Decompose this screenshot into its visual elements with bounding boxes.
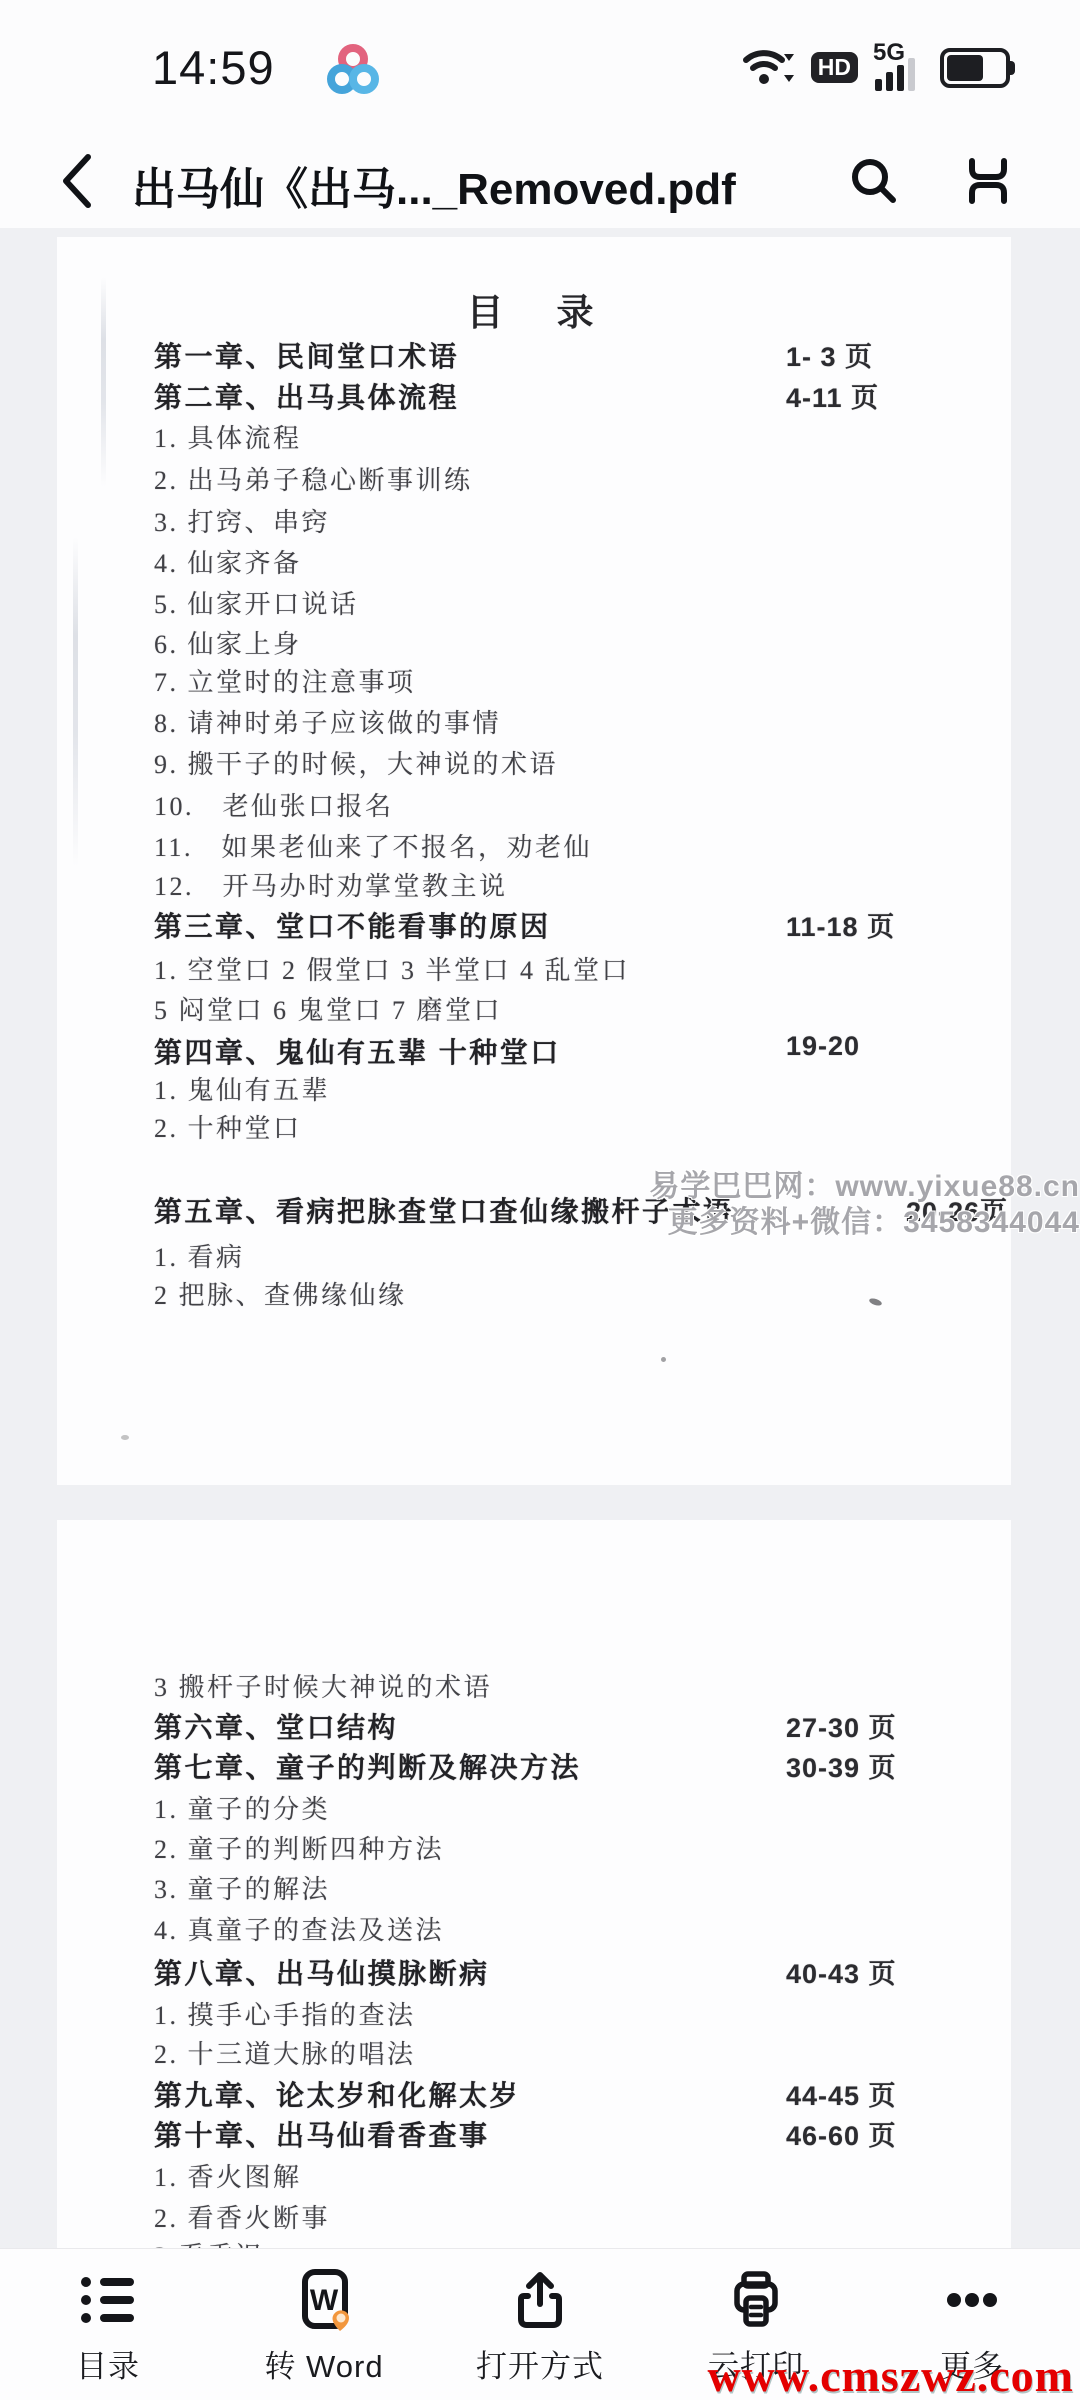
toc-item: 1. 香火图解	[154, 2157, 981, 2194]
toc-item: 4. 真童子的查法及送法	[154, 1910, 981, 1947]
notification-app-icon	[322, 40, 384, 102]
toolbar-label: 打开方式	[476, 2341, 604, 2386]
document-title: 出马仙《出马..._Removed.pdf	[132, 153, 782, 217]
toc-item: 1. 鬼仙有五辈	[154, 1070, 981, 1107]
toc-chapter-row: 第八章、出马仙摸脉断病 40-43 页	[154, 1952, 981, 1992]
toc-item: 2. 十种堂口	[154, 1108, 981, 1145]
chapter-pages: 46-60 页	[786, 2114, 897, 2153]
seller-watermark: 易学巴巴网：www.yixue88.cn 更多资料+微信：3458344044	[649, 1169, 1080, 1241]
chapter-label: 第四章、鬼仙有五辈 十种堂口	[154, 1037, 561, 1068]
svg-text:W: W	[310, 2284, 339, 2317]
toc-chapter-row: 第三章、堂口不能看事的原因 11-18 页	[154, 905, 981, 945]
battery-icon	[940, 48, 1010, 88]
chapter-label: 第五章、看病把脉查堂口查仙缘搬杆子术语	[154, 1196, 734, 1227]
status-icons: HD 5G	[740, 0, 1010, 135]
toc-chapter-row: 第二章、出马具体流程 4-11 页	[154, 376, 981, 416]
toc-item: 1. 摸手心手指的查法	[154, 1995, 981, 2032]
scan-speck	[121, 1435, 129, 1440]
toc-item: 12. 开马办时劝掌堂教主说	[154, 866, 981, 903]
seller-watermark-site: 易学巴巴网：www.yixue88.cn	[649, 1169, 1080, 1205]
wifi-icon	[740, 41, 796, 94]
chapter-label: 第六章、堂口结构	[154, 1712, 398, 1743]
toc-chapter-row: 第九章、论太岁和化解太岁 44-45 页	[154, 2074, 981, 2114]
toc-chapter-row: 第一章、民间堂口术语 1- 3 页	[154, 335, 981, 375]
toc-item: 1. 具体流程	[154, 418, 981, 455]
toc-item: 3 看香识	[154, 2236, 981, 2248]
toc-item: 3 搬杆子时候大神说的术语	[154, 1667, 981, 1704]
toc-item: 7. 立堂时的注意事项	[154, 662, 981, 699]
chapter-label: 第三章、堂口不能看事的原因	[154, 911, 551, 942]
signal-5g-icon: 5G	[873, 43, 925, 93]
toc-item: 5. 仙家开口说话	[154, 584, 981, 621]
toc-item: 2. 看香火断事	[154, 2198, 981, 2235]
chapter-label: 第一章、民间堂口术语	[154, 341, 459, 372]
pdf-page-1: 目 录 第一章、民间堂口术语 1- 3 页 第二章、出马具体流程 4-11 页 …	[57, 237, 1011, 1485]
toc-item: 1. 空堂口 2 假堂口 3 半堂口 4 乱堂口	[154, 950, 981, 987]
chapter-pages: 30-39 页	[786, 1746, 897, 1785]
open-with-icon	[507, 2267, 573, 2333]
toc-list-icon	[75, 2267, 141, 2333]
toc-chapter-row: 第四章、鬼仙有五辈 十种堂口 19-20	[154, 1031, 981, 1071]
scan-streak	[73, 537, 78, 867]
toc-item: 5 闷堂口 6 鬼堂口 7 磨堂口	[154, 990, 981, 1027]
toolbar-convert-word-button[interactable]: W 转 Word	[216, 2249, 432, 2400]
site-watermark: www.cmszwz.com	[707, 2349, 1074, 2400]
chapter-pages: 4-11 页	[786, 376, 879, 415]
toolbar-open-with-button[interactable]: 打开方式	[432, 2249, 648, 2400]
chapter-pages: 27-30 页	[786, 1706, 897, 1745]
scan-speck	[661, 1357, 666, 1362]
toc-item: 3. 打窍、串窍	[154, 502, 981, 539]
pdf-page-2: 3 搬杆子时候大神说的术语 第六章、堂口结构 27-30 页 第七章、童子的判断…	[57, 1520, 1011, 2248]
back-button[interactable]	[52, 149, 108, 213]
app-header: 出马仙《出马..._Removed.pdf	[0, 135, 1080, 228]
fit-width-button[interactable]	[958, 151, 1018, 211]
toc-chapter-row: 第七章、童子的判断及解决方法 30-39 页	[154, 1746, 981, 1786]
chapter-pages: 40-43 页	[786, 1952, 897, 1991]
seller-watermark-wechat: 更多资料+微信：3458344044	[649, 1205, 1080, 1241]
chapter-pages: 19-20	[786, 1031, 860, 1062]
clock: 14:59	[152, 40, 275, 95]
toc-item: 11. 如果老仙来了不报名，劝老仙	[154, 827, 981, 864]
chapter-label: 第十章、出马仙看香查事	[154, 2120, 490, 2151]
toc-item: 6. 仙家上身	[154, 624, 981, 661]
toc-item: 4. 仙家齐备	[154, 543, 981, 580]
toolbar-toc-button[interactable]: 目录	[0, 2249, 216, 2400]
toc-item: 2. 出马弟子稳心断事训练	[154, 460, 981, 497]
toc-item: 3. 童子的解法	[154, 1869, 981, 1906]
toc-item: 2. 童子的判断四种方法	[154, 1829, 981, 1866]
chapter-label: 第七章、童子的判断及解决方法	[154, 1752, 581, 1783]
chapter-label: 第二章、出马具体流程	[154, 382, 459, 413]
chapter-pages: 44-45 页	[786, 2074, 897, 2113]
more-icon	[939, 2267, 1005, 2333]
chapter-pages: 11-18 页	[786, 905, 895, 944]
chapter-label: 第九章、论太岁和化解太岁	[154, 2080, 520, 2111]
chapter-label: 第八章、出马仙摸脉断病	[154, 1958, 490, 1989]
toolbar-label: 目录	[76, 2341, 140, 2386]
hd-badge: HD	[811, 52, 858, 83]
chapter-pages: 1- 3 页	[786, 335, 873, 374]
cloud-print-icon	[723, 2267, 789, 2333]
toc-title: 目 录	[57, 282, 1011, 336]
word-convert-icon: W	[291, 2267, 357, 2333]
toolbar-label: 转 Word	[264, 2341, 383, 2386]
toc-item: 2 把脉、查佛缘仙缘	[154, 1275, 981, 1312]
phone-screen: 14:59 HD 5G	[0, 0, 1080, 2400]
toc-item: 10. 老仙张口报名	[154, 786, 981, 823]
toc-item: 1. 看病	[154, 1237, 981, 1274]
toc-item: 9. 搬干子的时候，大神说的术语	[154, 744, 981, 781]
status-bar: 14:59 HD 5G	[0, 0, 1080, 135]
toc-item: 2. 十三道大脉的唱法	[154, 2034, 981, 2071]
toc-chapter-row: 第十章、出马仙看香查事 46-60 页	[154, 2114, 981, 2154]
search-button[interactable]	[844, 151, 904, 211]
toc-chapter-row: 第六章、堂口结构 27-30 页	[154, 1706, 981, 1746]
toc-item: 1. 童子的分类	[154, 1789, 981, 1826]
pdf-viewport[interactable]: 目 录 第一章、民间堂口术语 1- 3 页 第二章、出马具体流程 4-11 页 …	[0, 228, 1080, 2248]
toc-item: 8. 请神时弟子应该做的事情	[154, 703, 981, 740]
